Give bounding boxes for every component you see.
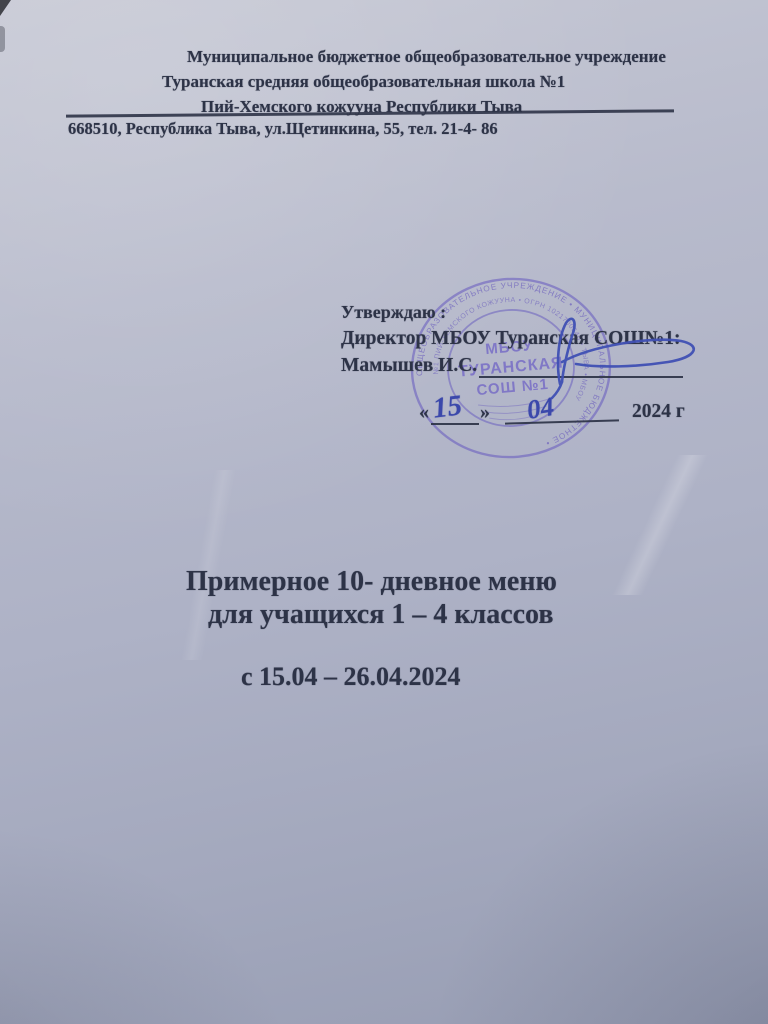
- paper-crease-highlight: [595, 455, 725, 595]
- letterhead-address: 668510, Республика Тыва, ул.Щетинкина, 5…: [68, 119, 498, 139]
- photo-corner-artifact: [0, 0, 11, 16]
- letterhead-line-2: Туранская средняя общеобразовательная шк…: [162, 72, 565, 92]
- document-page: Муниципальное бюджетное общеобразователь…: [0, 0, 768, 1024]
- approval-director-name: Мамышев И.С.: [341, 355, 477, 377]
- signature-stroke: [552, 382, 562, 398]
- signature-stroke: [558, 319, 574, 384]
- signature-stroke: [562, 340, 694, 367]
- document-title-line-2: для учащихся 1 – 4 классов: [208, 599, 553, 631]
- photo-edge-smudge: [0, 26, 5, 52]
- director-signature: [486, 314, 706, 406]
- document-title-date-range: с 15.04 – 26.04.2024: [241, 662, 461, 692]
- approval-label: Утверждаю :: [341, 302, 446, 323]
- paper-crease-highlight: [150, 470, 260, 660]
- date-quote-open: «: [419, 401, 429, 424]
- letterhead-line-1: Муниципальное бюджетное общеобразователь…: [187, 47, 666, 67]
- handwritten-day: 15: [431, 389, 464, 425]
- document-title-line-1: Примерное 10- дневное меню: [186, 566, 557, 598]
